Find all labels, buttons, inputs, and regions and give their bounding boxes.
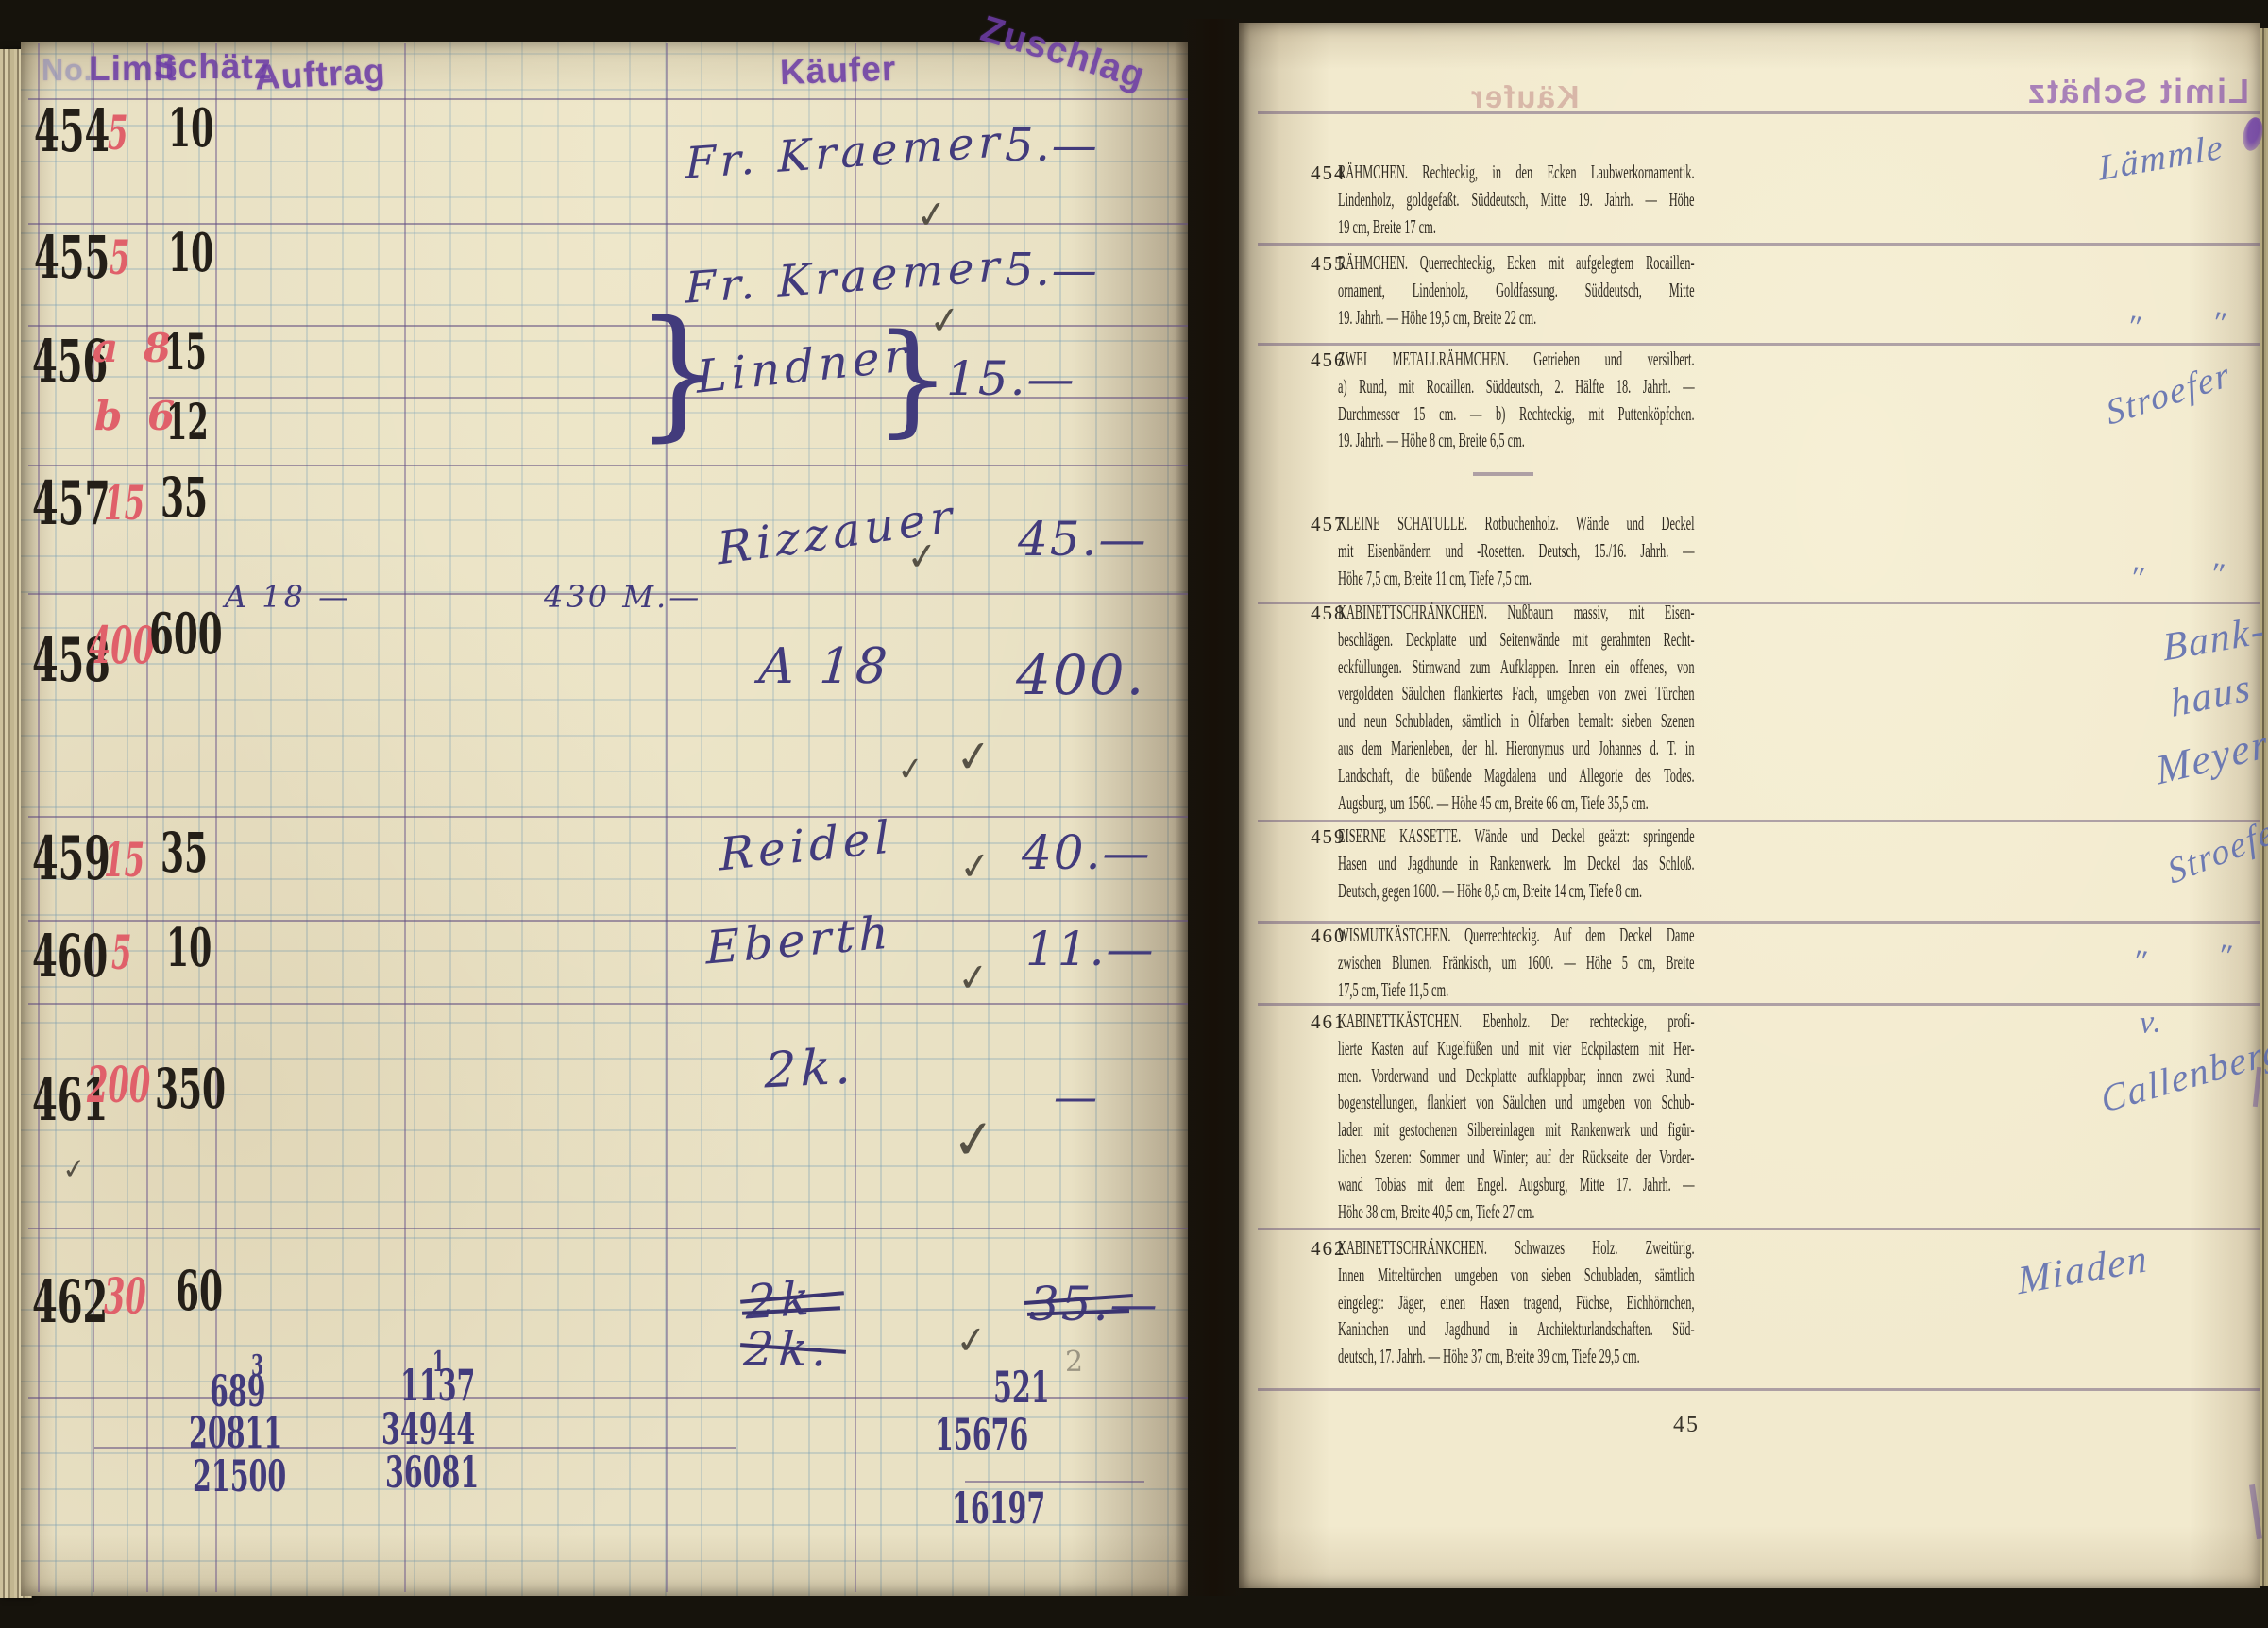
catalog-entry-line: Deutsch, gegen 1600. — Höhe 8,5 cm, Brei… (1338, 877, 1695, 905)
ledger-row-line (28, 816, 1188, 818)
catalog-entry-line: wandTobiasmitdemEngel.Augsburg,Mitte17.J… (1338, 1171, 1695, 1198)
catalog-entry-line: Lindenholz,goldgefaßt.Süddeutsch,Mitte19… (1338, 186, 1695, 213)
catalog-entry: RÄHMCHEN.Querrechteckig,Eckenmitaufgeleg… (1338, 249, 1695, 331)
catalog-entry-line: 17,5 cm, Tiefe 11,5 cm. (1338, 976, 1695, 1004)
catalog-entry-line: lichenSzenen:SommerundWinter;aufderRücks… (1338, 1144, 1695, 1171)
catalog-entry-line: EISERNEKASSETTE.WändeundDeckelgeätzt:spr… (1338, 822, 1695, 850)
catalog-entry-line: a)Rund,mitRocaillen.Süddeutsch,2.Hälfte1… (1338, 373, 1695, 400)
catalog-entry-line: eingelegt:Jäger,einenHasentragend,Füchse… (1338, 1289, 1695, 1316)
catalog-entry-line: KABINETTSCHRÄNKCHEN.Nußbaummassiv,mitEis… (1338, 599, 1695, 626)
catalog-entry: RÄHMCHEN.Rechteckig,indenEckenLaubwerkor… (1338, 159, 1695, 240)
checkmark-icon: ✓ (914, 195, 950, 235)
hammer-price: 400. (1016, 648, 1145, 703)
catalog-entry-line: RÄHMCHEN.Rechteckig,indenEckenLaubwerkor… (1338, 159, 1695, 186)
hammer-price: — (1054, 1075, 1099, 1118)
catalog-entry: KABINETTKÄSTCHEN.Ebenholz.Derrechteckige… (1338, 1008, 1695, 1225)
pencil-note: 2 (1065, 1348, 1083, 1377)
catalog-entry-line: KaninchenundJagdhundinArchitekturlandsch… (1338, 1315, 1695, 1343)
catalog-rule (1258, 1228, 2260, 1230)
lot-number: 457 (32, 474, 110, 534)
column-header-auftrag: Auftrag (254, 51, 387, 97)
catalog-entry-line: Augsburg, um 1560. — Höhe 45 cm, Breite … (1338, 789, 1695, 817)
catalog-entry-line: 19 cm, Breite 17 cm. (1338, 213, 1695, 241)
catalog-entry-line: men.VorderwandundDeckplatteaufklappbar;i… (1338, 1062, 1695, 1090)
column-header-no: No. (42, 53, 93, 88)
checkmark-icon: ✓ (956, 958, 991, 998)
catalog-entry-line: KABINETTKÄSTCHEN.Ebenholz.Derrechteckige… (1338, 1008, 1695, 1035)
catalog-entry-line: undneunSchubladen,sämtlichinÖlfarbenbema… (1338, 707, 1695, 735)
catalog-entry-line: 19. Jahrh. — Höhe 19,5 cm, Breite 22 cm. (1338, 304, 1695, 331)
totals-value: 15676 (935, 1413, 1028, 1456)
checkmark-icon: ✓ (957, 846, 993, 887)
catalog-entry-line: Landschaft,diebüßendeMagdalenaundAllegor… (1338, 762, 1695, 789)
ledger-row-line (28, 1003, 1188, 1005)
lot-number: 455 (34, 229, 110, 287)
catalog-entry: ZWEIMETALLRÄHMCHEN.Getriebenundversilber… (1338, 346, 1695, 454)
catalog-entry-line: ZWEIMETALLRÄHMCHEN.Getriebenundversilber… (1338, 346, 1695, 373)
catalog-entry: KABINETTSCHRÄNKCHEN.Nußbaummassiv,mitEis… (1338, 599, 1695, 816)
checkmark-icon: ✓ (895, 753, 925, 788)
catalog-entry-line: HasenundJagdhundeinRankenwerk.ImDeckelda… (1338, 850, 1695, 877)
estimate-value-b: 12 (166, 399, 209, 448)
estimate-value: 10 (168, 102, 213, 155)
catalog-entry-line: 19. Jahrh. — Höhe 8 cm, Breite 6,5 cm. (1338, 427, 1695, 454)
ghost-stamp-kaeufer: Käufer (1469, 79, 1580, 115)
limit-value: 15 (104, 480, 144, 527)
estimate-value-a: 15 (164, 329, 207, 378)
ghost-stamp-limit-schaetz: Limit Schätz (2026, 72, 2249, 111)
buyer-name: 2k. (764, 1043, 855, 1096)
buyer-name: A 18 (757, 642, 893, 691)
totals-value: 16197 (952, 1486, 1045, 1530)
checkmark-icon: ✓ (949, 1112, 999, 1170)
catalog-rule (1258, 1003, 2260, 1006)
estimate-value: 10 (166, 922, 212, 975)
catalog-entry-line: Höhe 38 cm, Breite 40,5 cm, Tiefe 27 cm. (1338, 1198, 1695, 1226)
checkmark-icon: ✓ (954, 733, 994, 780)
auftrag-note: A 18 — (225, 582, 351, 612)
right-page-stack-edges (2260, 28, 2268, 1586)
checkmark-icon: ✓ (905, 536, 940, 577)
catalog-entry: KLEINESCHATULLE.Rotbuchenholz.WändeundDe… (1338, 510, 1695, 591)
scanned-auction-ledger-book: No. Limit Schätz Auftrag Käufer Zuschlag… (0, 0, 2268, 1628)
hammer-price: 35.— (1029, 1280, 1159, 1328)
estimate-value: 35 (161, 470, 208, 525)
lot-number: 460 (32, 927, 108, 986)
catalog-entry-line: beschlägen.DeckplatteundSeitenwändemitge… (1338, 626, 1695, 653)
estimate-value: 600 (149, 606, 223, 663)
catalog-section-rule (1473, 472, 1533, 476)
margin-buyer-name: v. (2140, 1006, 2164, 1040)
catalog-entry-line: Höhe 7,5 cm, Breite 11 cm, Tiefe 7,5 cm. (1338, 565, 1695, 592)
limit-value: 5 (110, 234, 130, 281)
catalog-entry-line: ausdemMarienleben,derhl.HieronymusundJoh… (1338, 735, 1695, 762)
ledger-column-line (666, 43, 668, 1592)
lot-number: 459 (32, 829, 110, 890)
catalog-entry-line: zwischenBlumen.Fränkisch,um1600.—Höhe5cm… (1338, 949, 1695, 976)
catalog-entry: WISMUTKÄSTCHEN.Querrechteckig.AufdemDeck… (1338, 922, 1695, 1003)
catalog-entry-line: KLEINESCHATULLE.Rotbuchenholz.WändeundDe… (1338, 510, 1695, 537)
catalog-entry-line: deutsch, 17. Jahrh. — Höhe 37 cm, Breite… (1338, 1343, 1695, 1370)
totals-value: 36081 (385, 1450, 479, 1494)
limit-value: 15 (104, 837, 144, 884)
hammer-price: 45.— (1018, 516, 1148, 563)
catalog-entry-line: RÄHMCHEN.Querrechteckig,Eckenmitaufgeleg… (1338, 249, 1695, 277)
catalog-entry-line: mitEisenbändernund-Rosetten.Deutsch,15./… (1338, 537, 1695, 565)
catalog-entry-line: Durchmesser15cm.—b)Rechteckig,mitPuttenk… (1338, 400, 1695, 428)
lot-number: 462 (32, 1273, 108, 1331)
estimate-value: 350 (155, 1061, 226, 1116)
checkmark-icon: ✓ (61, 1155, 88, 1185)
catalog-entry-line: ornament,Lindenholz,Goldfassung.Süddeuts… (1338, 277, 1695, 304)
catalog-entry-line: bogenstellungen,flankiertvonSäulchenundu… (1338, 1089, 1695, 1116)
catalog-rule (1258, 1388, 2260, 1391)
catalog-entry-line: ladenmitgestochenenSilbereinlagenmitRank… (1338, 1116, 1695, 1144)
totals-value: 34944 (381, 1407, 475, 1450)
lot-number: 454 (34, 102, 110, 161)
hammer-price: 40.— (1022, 829, 1152, 876)
hammer-price: 5.— (1005, 123, 1099, 168)
limit-value: 30 (104, 1273, 146, 1322)
limit-value: 5 (111, 929, 132, 976)
catalog-rule (1258, 243, 2260, 246)
catalog-entry-line: eckfüllungen.StirnwandzumAufklappen.Inne… (1338, 653, 1695, 681)
catalog-entry-line: vergoldetenSäulchenflankiertesFach,umgeb… (1338, 680, 1695, 707)
totals-value: 21500 (193, 1454, 286, 1498)
ledger-column-line (215, 43, 217, 1592)
hammer-price: 11.— (1025, 925, 1156, 973)
ledger-column-line (146, 43, 148, 1592)
estimate-value: 10 (168, 227, 213, 280)
limit-value: 400 (89, 619, 155, 670)
totals-value: 521 (993, 1365, 1050, 1409)
hammer-price: 5.— (1005, 247, 1099, 293)
ledger-row-line (28, 1228, 1188, 1229)
limit-value: 200 (87, 1061, 150, 1111)
checkmark-icon: ✓ (954, 1320, 990, 1361)
catalog-entry-line: WISMUTKÄSTCHEN.Querrechteckig.AufdemDeck… (1338, 922, 1695, 949)
column-header-kaeufer: Käufer (779, 49, 897, 93)
catalog-entry-line: lierteKastenaufKugelfüßenundmitvierEckpi… (1338, 1035, 1695, 1062)
auftrag-amount: 430 M.— (544, 582, 702, 612)
catalog-entry-line: InnenMitteltürchenumgebenvonsiebenSchubl… (1338, 1262, 1695, 1289)
limit-value: 5 (108, 110, 128, 157)
totals-value: 20811 (189, 1411, 282, 1454)
page-number: 45 (1673, 1413, 1700, 1438)
catalog-entry: EISERNEKASSETTE.WändeundDeckelgeätzt:spr… (1338, 822, 1695, 904)
catalog-entry: KABINETTSCHRÄNKCHEN.SchwarzesHolz.Zweitü… (1338, 1234, 1695, 1370)
estimate-value: 35 (161, 825, 208, 880)
estimate-value: 60 (176, 1263, 223, 1318)
hammer-price: 15.— (946, 355, 1076, 402)
catalog-entry-line: KABINETTSCHRÄNKCHEN.SchwarzesHolz.Zweitü… (1338, 1234, 1695, 1262)
totals-value: 1137 (400, 1364, 475, 1407)
catalog-rule (1258, 111, 2260, 114)
